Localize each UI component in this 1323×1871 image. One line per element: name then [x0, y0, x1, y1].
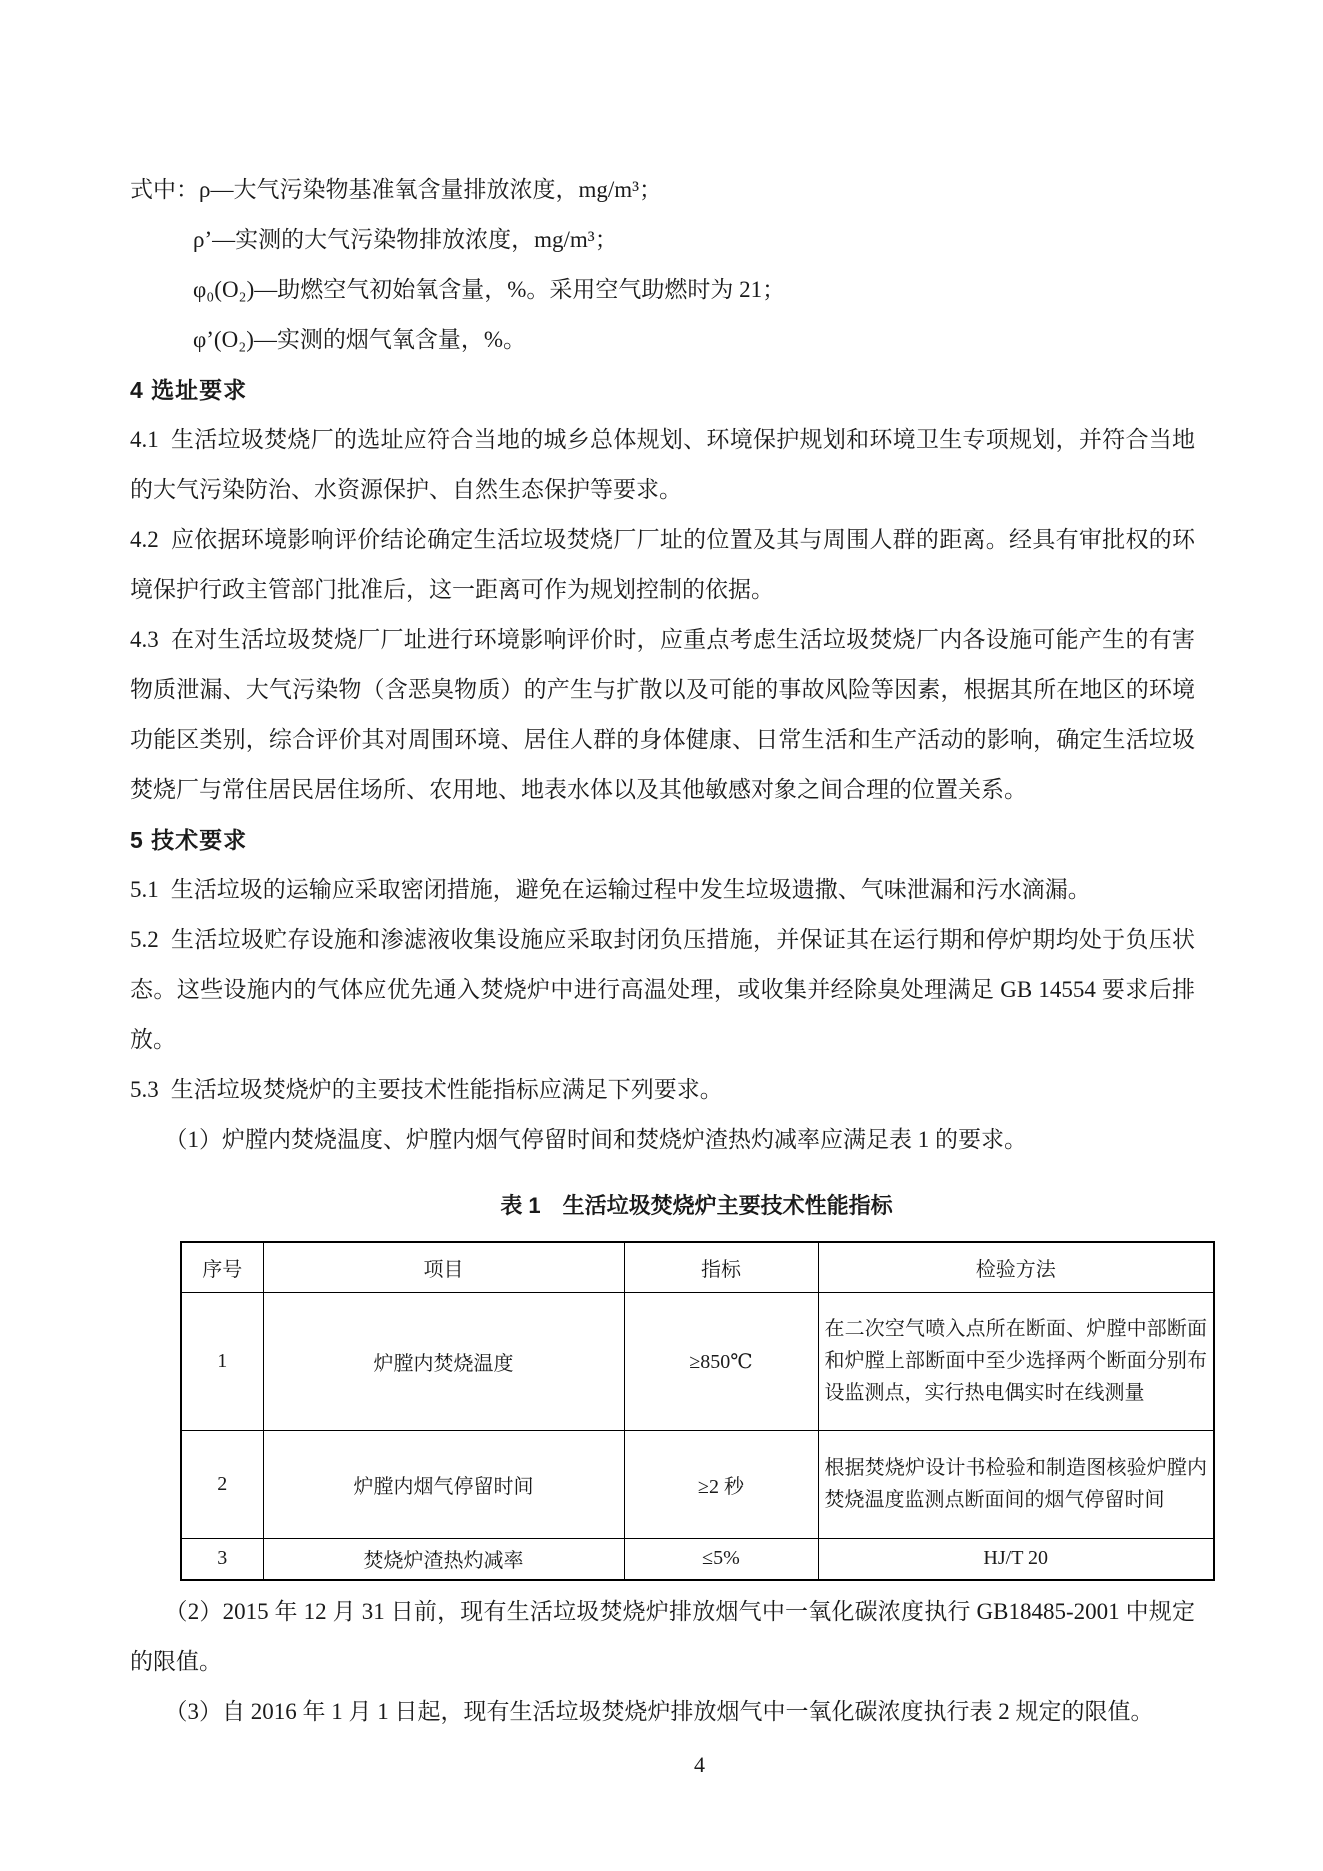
- table-1-header-method: 检验方法: [818, 1242, 1214, 1292]
- table-1-row1-no: 1: [181, 1292, 263, 1430]
- table-1-row2-index: ≥2 秒: [624, 1430, 818, 1538]
- definition-line-rho: 式中：ρ—大气污染物基准氧含量排放浓度，mg/m³；: [130, 165, 1195, 215]
- table-1-title: 表 1 生活垃圾焚烧炉主要技术性能指标: [180, 1181, 1213, 1231]
- list-item-3: （3）自 2016 年 1 月 1 日起，现有生活垃圾焚烧炉排放烟气中一氧化碳浓…: [130, 1687, 1195, 1737]
- document-page: 式中：ρ—大气污染物基准氧含量排放浓度，mg/m³； ρ’—实测的大气污染物排放…: [0, 0, 1323, 1871]
- clause-5-1: 5.1生活垃圾的运输应采取密闭措施，避免在运输过程中发生垃圾遗撒、气味泄漏和污水…: [130, 865, 1195, 915]
- clause-4-1: 4.1生活垃圾焚烧厂的选址应符合当地的城乡总体规划、环境保护规划和环境卫生专项规…: [130, 415, 1195, 515]
- clause-4-3-number: 4.3: [130, 627, 159, 652]
- table-1-row2-item: 炉膛内烟气停留时间: [263, 1430, 624, 1538]
- table-1-row1-method: 在二次空气喷入点所在断面、炉膛中部断面和炉膛上部断面中至少选择两个断面分别布设监…: [818, 1292, 1214, 1430]
- clause-5-1-number: 5.1: [130, 877, 159, 902]
- clause-5-1-text: 生活垃圾的运输应采取密闭措施，避免在运输过程中发生垃圾遗撒、气味泄漏和污水滴漏。: [171, 877, 1091, 902]
- table-row: 1 炉膛内焚烧温度 ≥850℃ 在二次空气喷入点所在断面、炉膛中部断面和炉膛上部…: [181, 1292, 1214, 1430]
- section-4-heading: 4 选址要求: [130, 365, 1195, 415]
- table-1: 序号 项目 指标 检验方法 1 炉膛内焚烧温度 ≥850℃ 在二次空气喷入点所在…: [180, 1241, 1215, 1581]
- definition-line-rho-prime: ρ’—实测的大气污染物排放浓度，mg/m³；: [130, 215, 1195, 265]
- definition-line-phi-prime: φ’(O₂)—实测的烟气氧含量，%。: [130, 315, 1195, 365]
- table-1-block: 表 1 生活垃圾焚烧炉主要技术性能指标 序号 项目 指标 检验方法 1 炉膛内焚…: [180, 1181, 1213, 1581]
- table-1-header-item: 项目: [263, 1242, 624, 1292]
- clause-5-2: 5.2生活垃圾贮存设施和渗滤液收集设施应采取封闭负压措施，并保证其在运行期和停炉…: [130, 915, 1195, 1065]
- table-1-header-index: 指标: [624, 1242, 818, 1292]
- section-5-heading: 5 技术要求: [130, 815, 1195, 865]
- table-1-row3-index: ≤5%: [624, 1538, 818, 1580]
- clause-5-3: 5.3生活垃圾焚烧炉的主要技术性能指标应满足下列要求。: [130, 1065, 1195, 1115]
- table-1-row1-item: 炉膛内焚烧温度: [263, 1292, 624, 1430]
- table-1-row2-method: 根据焚烧炉设计书检验和制造图核验炉膛内焚烧温度监测点断面间的烟气停留时间: [818, 1430, 1214, 1538]
- page-number-value: 4: [694, 1752, 705, 1777]
- list-item-2: （2）2015 年 12 月 31 日前，现有生活垃圾焚烧炉排放烟气中一氧化碳浓…: [130, 1587, 1195, 1687]
- clause-5-2-number: 5.2: [130, 927, 159, 952]
- clause-4-3: 4.3在对生活垃圾焚烧厂厂址进行环境影响评价时，应重点考虑生活垃圾焚烧厂内各设施…: [130, 615, 1195, 815]
- table-1-row3-no: 3: [181, 1538, 263, 1580]
- clause-4-1-number: 4.1: [130, 427, 159, 452]
- table-1-row3-method: HJ/T 20: [818, 1538, 1214, 1580]
- page-number: 4: [0, 1742, 1323, 1788]
- page-content: 式中：ρ—大气污染物基准氧含量排放浓度，mg/m³； ρ’—实测的大气污染物排放…: [0, 0, 1323, 1737]
- clause-5-3-number: 5.3: [130, 1077, 159, 1102]
- clause-5-2-text: 生活垃圾贮存设施和渗滤液收集设施应采取封闭负压措施，并保证其在运行期和停炉期均处…: [130, 927, 1195, 1052]
- table-row: 3 焚烧炉渣热灼减率 ≤5% HJ/T 20: [181, 1538, 1214, 1580]
- clause-4-3-text: 在对生活垃圾焚烧厂厂址进行环境影响评价时，应重点考虑生活垃圾焚烧厂内各设施可能产…: [130, 627, 1195, 802]
- clause-4-2: 4.2应依据环境影响评价结论确定生活垃圾焚烧厂厂址的位置及其与周围人群的距离。经…: [130, 515, 1195, 615]
- table-1-row1-index: ≥850℃: [624, 1292, 818, 1430]
- table-1-row3-item: 焚烧炉渣热灼减率: [263, 1538, 624, 1580]
- table-1-header-row: 序号 项目 指标 检验方法: [181, 1242, 1214, 1292]
- formula-definitions: 式中：ρ—大气污染物基准氧含量排放浓度，mg/m³； ρ’—实测的大气污染物排放…: [130, 165, 1195, 365]
- list-item-1: （1）炉膛内焚烧温度、炉膛内烟气停留时间和焚烧炉渣热灼减率应满足表 1 的要求。: [130, 1115, 1195, 1165]
- table-row: 2 炉膛内烟气停留时间 ≥2 秒 根据焚烧炉设计书检验和制造图核验炉膛内焚烧温度…: [181, 1430, 1214, 1538]
- clause-5-3-text: 生活垃圾焚烧炉的主要技术性能指标应满足下列要求。: [171, 1077, 723, 1102]
- table-1-header-no: 序号: [181, 1242, 263, 1292]
- clause-4-1-text: 生活垃圾焚烧厂的选址应符合当地的城乡总体规划、环境保护规划和环境卫生专项规划，并…: [130, 427, 1195, 502]
- clause-4-2-text: 应依据环境影响评价结论确定生活垃圾焚烧厂厂址的位置及其与周围人群的距离。经具有审…: [130, 527, 1195, 602]
- table-1-row2-no: 2: [181, 1430, 263, 1538]
- clause-4-2-number: 4.2: [130, 527, 159, 552]
- definition-line-phi0: φ₀(O₂)—助燃空气初始氧含量，%。采用空气助燃时为 21；: [130, 265, 1195, 315]
